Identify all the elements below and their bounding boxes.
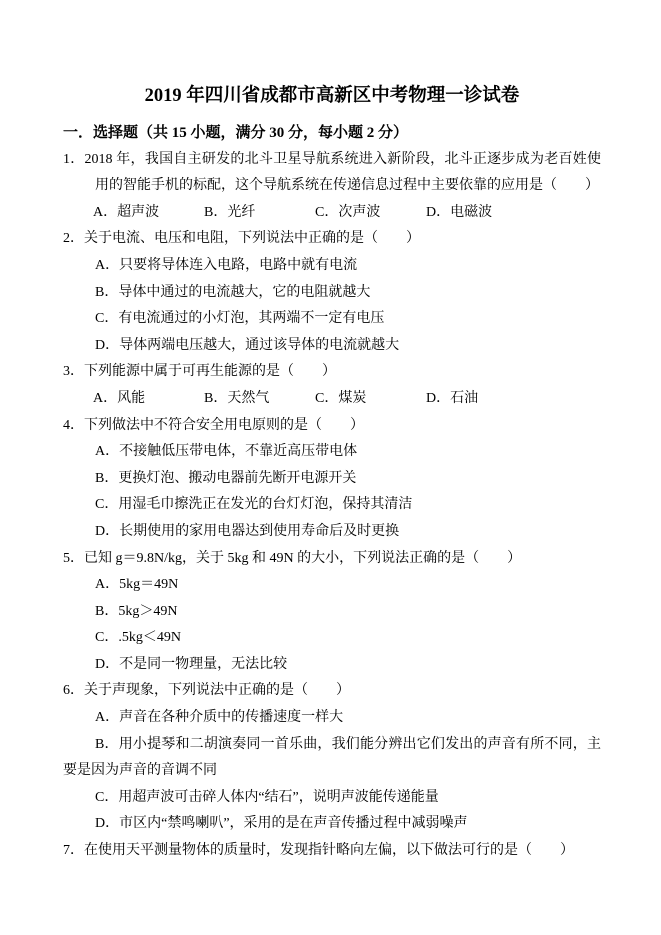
question-block: 4．下列做法中不符合安全用电原则的是（ ）A．不接触低压带电体，不靠近高压带电体… bbox=[63, 413, 601, 546]
questions: 1．2018 年，我国自主研发的北斗卫星导航系统进入新阶段，北斗正逐步成为老百姓… bbox=[63, 147, 601, 865]
question-stem: 7．在使用天平测量物体的质量时，发现指针略向左偏，以下做法可行的是（ ） bbox=[63, 838, 601, 865]
option-item: D．不是同一物理量，无法比较 bbox=[63, 652, 601, 679]
option-item: A．不接触低压带电体，不靠近高压带电体 bbox=[63, 439, 601, 466]
page-title: 2019 年四川省成都市高新区中考物理一诊试卷 bbox=[63, 84, 601, 108]
option-item: D．石油 bbox=[426, 386, 478, 413]
question-block: 2．关于电流、电压和电阻，下列说法中正确的是（ ）A．只要将导体连入电路，电路中… bbox=[63, 226, 601, 359]
question-stem: 3．下列能源中属于可再生能源的是（ ） bbox=[63, 359, 601, 386]
question-stem: 6．关于声现象，下列说法中正确的是（ ） bbox=[63, 678, 601, 705]
option-item: B．天然气 bbox=[204, 386, 315, 413]
option-item: B．导体中通过的电流越大，它的电阻就越大 bbox=[63, 280, 601, 307]
option-row: A．超声波B．光纤C．次声波D．电磁波 bbox=[63, 200, 601, 227]
option-item: C．有电流通过的小灯泡，其两端不一定有电压 bbox=[63, 306, 601, 333]
exam-paper-page: 2019 年四川省成都市高新区中考物理一诊试卷 一．选择题（共 15 小题，满分… bbox=[0, 0, 661, 935]
question-block: 1．2018 年，我国自主研发的北斗卫星导航系统进入新阶段，北斗正逐步成为老百姓… bbox=[63, 147, 601, 227]
option-item: D．市区内“禁鸣喇叭”，采用的是在声音传播过程中减弱噪声 bbox=[63, 811, 601, 838]
question-block: 5．已知 g＝9.8N/kg，关于 5kg 和 49N 的大小，下列说法正确的是… bbox=[63, 546, 601, 679]
option-item: B．更换灯泡、搬动电器前先断开电源开关 bbox=[63, 466, 601, 493]
option-item: C．煤炭 bbox=[315, 386, 426, 413]
option-item: C．.5kg＜49N bbox=[63, 625, 601, 652]
option-item: A．只要将导体连入电路，电路中就有电流 bbox=[63, 253, 601, 280]
option-item: B．用小提琴和二胡演奏同一首乐曲，我们能分辨出它们发出的声音有所不同，主要是因为… bbox=[63, 732, 601, 785]
option-item: A．超声波 bbox=[93, 200, 204, 227]
option-item: B．光纤 bbox=[204, 200, 315, 227]
section-heading: 一．选择题（共 15 小题，满分 30 分，每小题 2 分） bbox=[63, 120, 601, 147]
option-item: A．声音在各种介质中的传播速度一样大 bbox=[63, 705, 601, 732]
question-block: 6．关于声现象，下列说法中正确的是（ ）A．声音在各种介质中的传播速度一样大B．… bbox=[63, 678, 601, 838]
option-item: B．5kg＞49N bbox=[63, 599, 601, 626]
option-row: A．风能B．天然气C．煤炭D．石油 bbox=[63, 386, 601, 413]
option-item: A．风能 bbox=[93, 386, 204, 413]
option-item: A．5kg＝49N bbox=[63, 572, 601, 599]
question-stem: 5．已知 g＝9.8N/kg，关于 5kg 和 49N 的大小，下列说法正确的是… bbox=[63, 546, 601, 573]
option-item: D．电磁波 bbox=[426, 200, 492, 227]
option-item: C．次声波 bbox=[315, 200, 426, 227]
question-stem: 1．2018 年，我国自主研发的北斗卫星导航系统进入新阶段，北斗正逐步成为老百姓… bbox=[63, 147, 601, 200]
question-stem: 4．下列做法中不符合安全用电原则的是（ ） bbox=[63, 413, 601, 440]
question-block: 7．在使用天平测量物体的质量时，发现指针略向左偏，以下做法可行的是（ ） bbox=[63, 838, 601, 865]
option-item: D．长期使用的家用电器达到使用寿命后及时更换 bbox=[63, 519, 601, 546]
question-stem: 2．关于电流、电压和电阻，下列说法中正确的是（ ） bbox=[63, 226, 601, 253]
question-block: 3．下列能源中属于可再生能源的是（ ）A．风能B．天然气C．煤炭D．石油 bbox=[63, 359, 601, 412]
option-item: C．用湿毛巾擦洗正在发光的台灯灯泡，保持其清洁 bbox=[63, 492, 601, 519]
option-item: D．导体两端电压越大，通过该导体的电流就越大 bbox=[63, 333, 601, 360]
option-item: C．用超声波可击碎人体内“结石”，说明声波能传递能量 bbox=[63, 785, 601, 812]
